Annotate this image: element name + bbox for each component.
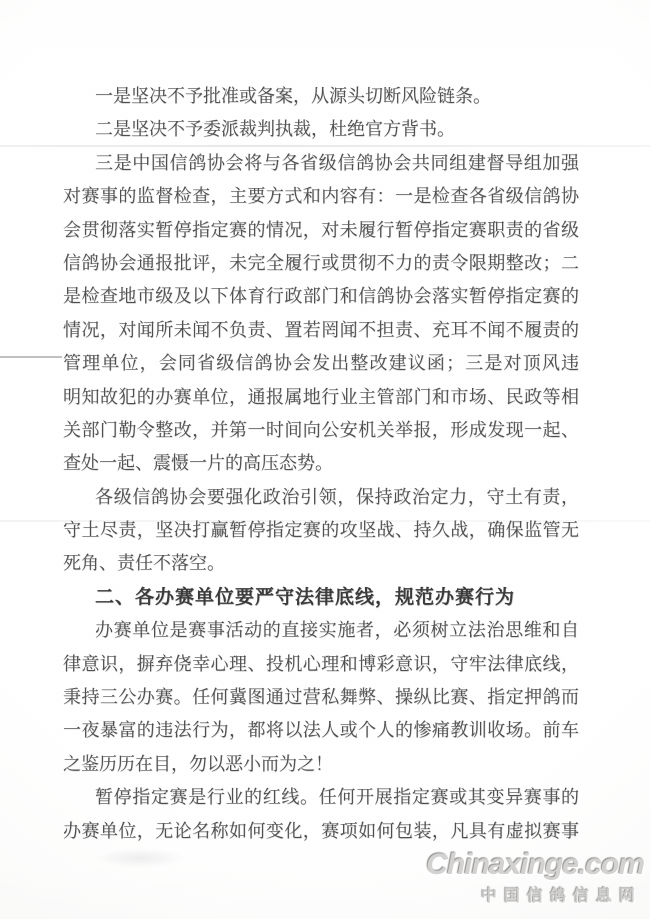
text-line: 关部门勒令整改，并第一时间向公安机关举报，形成发现一起、 <box>63 414 579 447</box>
text-line: 死角、责任不落空。 <box>63 547 579 580</box>
scanned-document-page: 一是坚决不予批准或备案，从源头切断风险链条。 二是坚决不予委派裁判执裁，杜绝官方… <box>0 0 650 919</box>
text-line: 查处一起、震慑一片的高压态势。 <box>63 447 579 480</box>
watermark-subtitle-text: 中国信鸽信息网 <box>426 883 642 906</box>
watermark-brand-text: Chinaxinge.com <box>426 848 644 882</box>
text-line: 一是坚决不予批准或备案，从源头切断风险链条。 <box>63 80 579 113</box>
text-line: 会贯彻落实暂停指定赛的情况，对未履行暂停指定赛职责的省级 <box>63 214 579 247</box>
text-line: 明知故犯的办赛单位，通报属地行业主管部门和市场、民政等相 <box>63 381 579 414</box>
text-line: 各级信鸽协会要强化政治引领，保持政治定力，守土有责， <box>63 481 579 514</box>
text-line: 情况，对闻所未闻不负责、置若罔闻不担责、充耳不闻不履责的 <box>63 314 579 347</box>
text-line: 秉持三公办赛。任何冀图通过营私舞弊、操纵比赛、指定押鸽而 <box>63 681 579 714</box>
scan-artifact-smudge <box>95 848 185 868</box>
text-line: 办赛单位是赛事活动的直接实施者，必须树立法治思维和自 <box>63 614 579 647</box>
document-text: 一是坚决不予批准或备案，从源头切断风险链条。 二是坚决不予委派裁判执裁，杜绝官方… <box>63 80 579 848</box>
section-heading: 二、各办赛单位要严守法律底线，规范办赛行为 <box>63 581 579 614</box>
text-line: 三是中国信鸽协会将与各省级信鸽协会共同组建督导组加强 <box>63 147 579 180</box>
scan-artifact-line <box>0 356 62 358</box>
text-line: 办赛单位，无论名称如何变化，赛项如何包装，凡具有虚拟赛事 <box>63 815 579 848</box>
watermark: Chinaxinge.com 中国信鸽信息网 <box>426 848 644 906</box>
text-line: 二是坚决不予委派裁判执裁，杜绝官方背书。 <box>63 113 579 146</box>
text-line: 律意识，摒弃侥幸心理、投机心理和博彩意识，守牢法律底线， <box>63 648 579 681</box>
text-line: 管理单位，会同省级信鸽协会发出整改建议函；三是对顶风违纪、 <box>63 347 579 380</box>
text-line: 守土尽责，坚决打赢暂停指定赛的攻坚战、持久战，确保监管无 <box>63 514 579 547</box>
text-line: 信鸽协会通报批评，未完全履行或贯彻不力的责令限期整改；二 <box>63 247 579 280</box>
text-line: 暂停指定赛是行业的红线。任何开展指定赛或其变异赛事的 <box>63 781 579 814</box>
text-line: 一夜暴富的违法行为，都将以法人或个人的惨痛教训收场。前车 <box>63 714 579 747</box>
text-line: 之鉴历历在目，勿以恶小而为之！ <box>63 748 579 781</box>
text-line: 对赛事的监督检查，主要方式和内容有：一是检查各省级信鸽协 <box>63 180 579 213</box>
text-line: 是检查地市级及以下体育行政部门和信鸽协会落实暂停指定赛的 <box>63 280 579 313</box>
